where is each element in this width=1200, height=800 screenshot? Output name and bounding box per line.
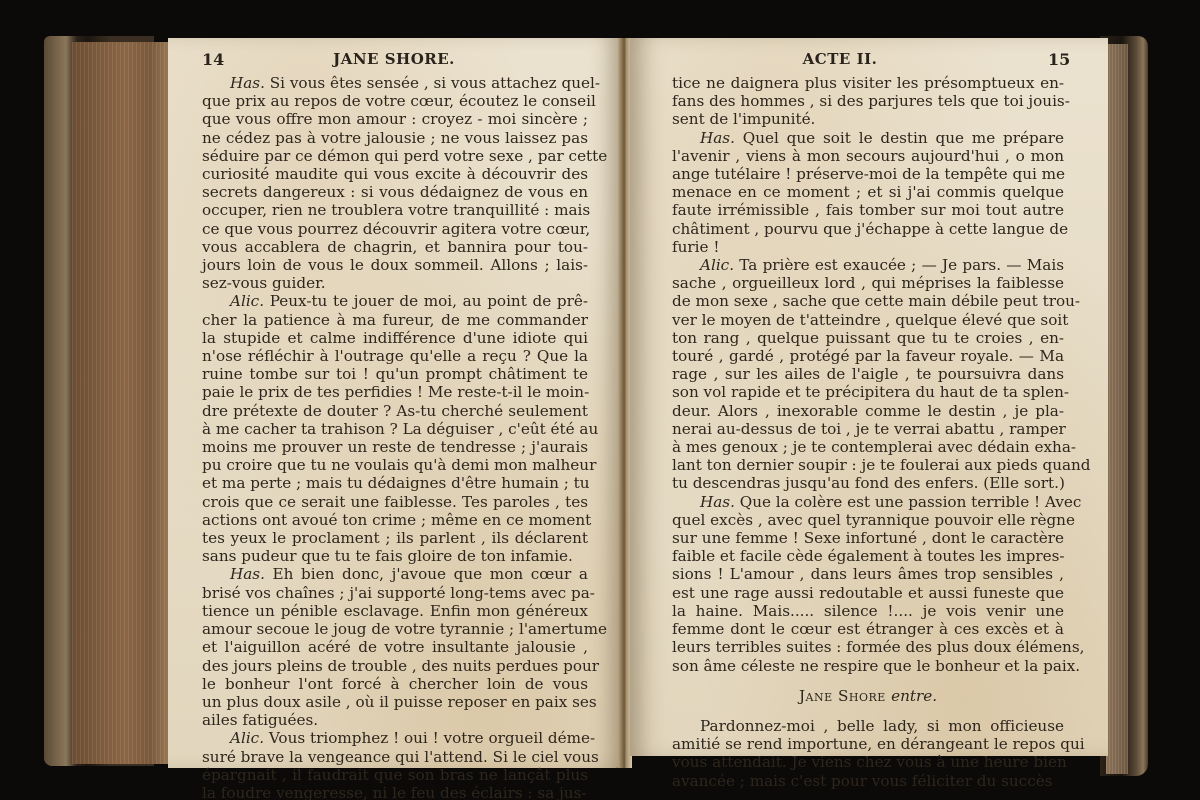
line-text: que prix au repos de votre cœur, écoutez…: [202, 92, 596, 110]
text-line: Pardonnez-moi , belle lady, si mon offic…: [672, 717, 1064, 735]
line-text: Pardonnez-moi , belle lady, si mon offic…: [700, 717, 1064, 735]
line-text: faute irrémissible , fais tomber sur moi…: [672, 201, 1064, 219]
line-text: ruine tombe sur toi ! qu'un prompt châti…: [202, 365, 588, 383]
line-text: sent de l'impunité.: [672, 110, 815, 128]
line-text: est une rage aussi redoutable et aussi f…: [672, 584, 1064, 602]
text-line: amour secoue le joug de votre tyrannie ;…: [202, 620, 588, 638]
dialogue-paragraph: Alic. Vous triomphez ! oui ! votre orgue…: [202, 729, 588, 800]
text-line: son vol rapide et te précipitera du haut…: [672, 383, 1064, 401]
text-line: Has. Que la colère est une passion terri…: [672, 493, 1064, 511]
line-text: curiosité maudite qui vous excite à déco…: [202, 165, 588, 183]
text-line: vous attendait. Je viens chez vous à une…: [672, 753, 1064, 771]
dialogue-paragraph: Alic. Peux-tu te jouer de moi, au point …: [202, 292, 588, 565]
dialogue-paragraph: Alic. Ta prière est exaucée ; — Je pars.…: [672, 256, 1064, 493]
text-line: châtiment , pourvu que j'échappe à cette…: [672, 220, 1064, 238]
text-line: femme dont le cœur est étranger à ces ex…: [672, 620, 1064, 638]
text-line: ver le moyen de t'atteindre , quelque él…: [672, 311, 1064, 329]
text-line: ne cédez pas à votre jalousie ; ne vous …: [202, 129, 588, 147]
line-text: séduire par ce démon qui perd votre sexe…: [202, 147, 607, 165]
line-text: jours loin de vous le doux sommeil. Allo…: [202, 256, 588, 274]
line-text: cher la patience à ma fureur, de me comm…: [202, 311, 588, 329]
page-edges-right: [1106, 44, 1128, 774]
text-line: de mon sexe , sache que cette main débil…: [672, 292, 1064, 310]
line-text: sache , orgueilleux lord , qui méprises …: [672, 274, 1064, 292]
text-line: sent de l'impunité.: [672, 110, 1064, 128]
text-line: Alic. Peux-tu te jouer de moi, au point …: [202, 292, 588, 310]
text-line: à me cacher ta trahison ? La déguiser , …: [202, 420, 588, 438]
line-text: à mes genoux ; je te contemplerai avec d…: [672, 438, 1076, 456]
line-text: vous attendait. Je viens chez vous à une…: [672, 753, 1067, 771]
line-text: leurs terribles suites : formée des plus…: [672, 638, 1084, 656]
line-text: la haine. Mais..... silence !.... je voi…: [672, 602, 1064, 620]
text-line: rage , sur les ailes de l'aigle , te pou…: [672, 365, 1064, 383]
line-text: ton rang , quelque puissant que tu te cr…: [672, 329, 1064, 347]
line-text: pu croire que tu ne voulais qu'à demi mo…: [202, 456, 596, 474]
text-line: que vous offre mon amour : croyez - moi …: [202, 110, 588, 128]
text-line: deur. Alors , inexorable comme le destin…: [672, 402, 1064, 420]
text-line: vous accablera de chagrin, et bannira po…: [202, 238, 588, 256]
line-text: tience un pénible esclavage. Enfin mon g…: [202, 602, 588, 620]
line-text: menace en ce moment ; et si j'ai commis …: [672, 183, 1064, 201]
text-line: faute irrémissible , fais tomber sur moi…: [672, 201, 1064, 219]
text-line: furie !: [672, 238, 1064, 256]
speaker-name: Alic.: [230, 729, 264, 747]
line-text: et l'aiguillon acéré de votre insultante…: [202, 638, 588, 656]
speaker-name: Alic.: [230, 292, 264, 310]
text-line: la stupide et calme indifférence d'une i…: [202, 329, 588, 347]
line-text: Eh bien donc, j'avoue que mon cœur a: [273, 565, 588, 583]
line-text: moins me prouver un reste de tendresse ;…: [202, 438, 588, 456]
line-text: Si vous êtes sensée , si vous attachez q…: [270, 74, 600, 92]
line-text: nerai au-dessus de toi , je te verrai ab…: [672, 420, 1066, 438]
left-page-text: Has. Si vous êtes sensée , si vous attac…: [202, 74, 588, 800]
left-page: 14 JANE SHORE. Has. Si vous êtes sensée …: [168, 38, 620, 768]
line-text: actions ont avoué ton crime ; même en ce…: [202, 511, 591, 529]
text-line: touré , gardé , protégé par la faveur ro…: [672, 347, 1064, 365]
text-line: avancée ; mais c'est pour vous féliciter…: [672, 772, 1064, 790]
text-line: son âme céleste ne respire que le bonheu…: [672, 657, 1064, 675]
running-head: JANE SHORE.: [168, 50, 620, 68]
text-line: sache , orgueilleux lord , qui méprises …: [672, 274, 1064, 292]
line-text: sions ! L'amour , dans leurs âmes trop s…: [672, 565, 1064, 583]
text-line: lant ton dernier soupir : je te foulerai…: [672, 456, 1064, 474]
text-line: fans des hommes , si des parjures tels q…: [672, 92, 1064, 110]
line-text: brisé vos chaînes ; j'ai supporté long-t…: [202, 584, 595, 602]
text-line: séduire par ce démon qui perd votre sexe…: [202, 147, 588, 165]
text-line: un plus doux asile , où il puisse repose…: [202, 693, 588, 711]
line-text: suré brave la vengeance qui l'attend. Si…: [202, 748, 599, 766]
text-line: faible et facile cède également à toutes…: [672, 547, 1064, 565]
text-line: pu croire que tu ne voulais qu'à demi mo…: [202, 456, 588, 474]
line-text: ailes fatiguées.: [202, 711, 318, 729]
text-line: leurs terribles suites : formée des plus…: [672, 638, 1064, 656]
text-line: paie le prix de tes perfidies ! Me reste…: [202, 383, 588, 401]
text-line: jours loin de vous le doux sommeil. Allo…: [202, 256, 588, 274]
text-line: tice ne daignera plus visiter les présom…: [672, 74, 1064, 92]
text-line: ce que vous pourrez découvrir agitera vo…: [202, 220, 588, 238]
stage-action: entre.: [891, 687, 937, 705]
line-text: ce que vous pourrez découvrir agitera vo…: [202, 220, 590, 238]
line-text: sans pudeur que tu te fais gloire de ton…: [202, 547, 573, 565]
line-text: lant ton dernier soupir : je te foulerai…: [672, 456, 1091, 474]
text-line: menace en ce moment ; et si j'ai commis …: [672, 183, 1064, 201]
line-text: ver le moyen de t'atteindre , quelque él…: [672, 311, 1068, 329]
line-text: à me cacher ta trahison ? La déguiser , …: [202, 420, 598, 438]
line-text: la foudre vengeresse, ni le feu des écla…: [202, 784, 587, 800]
line-text: et ma perte ; mais tu dédaignes d'être h…: [202, 474, 590, 492]
dialogue-paragraph: Pardonnez-moi , belle lady, si mon offic…: [672, 717, 1064, 790]
line-text: la stupide et calme indifférence d'une i…: [202, 329, 588, 347]
line-text: secrets dangereux : si vous dédaignez de…: [202, 183, 588, 201]
text-line: Has. Si vous êtes sensée , si vous attac…: [202, 74, 588, 92]
text-line: Has. Eh bien donc, j'avoue que mon cœur …: [202, 565, 588, 583]
line-text: n'ose réfléchir à l'outrage qu'elle a re…: [202, 347, 588, 365]
stage-direction: Jane Shore entre.: [672, 687, 1064, 705]
text-line: actions ont avoué ton crime ; même en ce…: [202, 511, 588, 529]
text-line: n'ose réfléchir à l'outrage qu'elle a re…: [202, 347, 588, 365]
text-line: que prix au repos de votre cœur, écoutez…: [202, 92, 588, 110]
text-line: curiosité maudite qui vous excite à déco…: [202, 165, 588, 183]
line-text: dre prétexte de douter ? As-tu cherché s…: [202, 402, 588, 420]
text-line: des jours pleins de trouble , des nuits …: [202, 657, 588, 675]
text-line: est une rage aussi redoutable et aussi f…: [672, 584, 1064, 602]
text-line: dre prétexte de douter ? As-tu cherché s…: [202, 402, 588, 420]
line-text: de mon sexe , sache que cette main débil…: [672, 292, 1080, 310]
line-text: tes yeux le proclament ; ils parlent , i…: [202, 529, 588, 547]
line-text: amour secoue le joug de votre tyrannie ;…: [202, 620, 607, 638]
character-name: Jane Shore: [799, 687, 886, 705]
line-text: amitié se rend importune, en dérangeant …: [672, 735, 1085, 753]
text-line: sans pudeur que tu te fais gloire de ton…: [202, 547, 588, 565]
line-text: sur une femme ! Sexe infortuné , dont le…: [672, 529, 1064, 547]
page-edges-left: [72, 42, 170, 764]
text-line: tes yeux le proclament ; ils parlent , i…: [202, 529, 588, 547]
text-line: la foudre vengeresse, ni le feu des écla…: [202, 784, 588, 800]
line-text: rage , sur les ailes de l'aigle , te pou…: [672, 365, 1064, 383]
text-line: Alic. Ta prière est exaucée ; — Je pars.…: [672, 256, 1064, 274]
text-line: amitié se rend importune, en dérangeant …: [672, 735, 1064, 753]
line-text: un plus doux asile , où il puisse repose…: [202, 693, 597, 711]
text-line: et ma perte ; mais tu dédaignes d'être h…: [202, 474, 588, 492]
text-line: moins me prouver un reste de tendresse ;…: [202, 438, 588, 456]
text-line: sur une femme ! Sexe infortuné , dont le…: [672, 529, 1064, 547]
text-line: suré brave la vengeance qui l'attend. Si…: [202, 748, 588, 766]
line-text: son âme céleste ne respire que le bonheu…: [672, 657, 1080, 675]
right-page-text: tice ne daignera plus visiter les présom…: [672, 74, 1064, 790]
line-text: paie le prix de tes perfidies ! Me reste…: [202, 383, 589, 401]
line-text: fans des hommes , si des parjures tels q…: [672, 92, 1070, 110]
line-text: son vol rapide et te précipitera du haut…: [672, 383, 1069, 401]
text-line: la haine. Mais..... silence !.... je voi…: [672, 602, 1064, 620]
speaker-name: Has.: [230, 74, 265, 92]
line-text: châtiment , pourvu que j'échappe à cette…: [672, 220, 1068, 238]
speaker-name: Has.: [230, 565, 265, 583]
text-line: ailes fatiguées.: [202, 711, 588, 729]
running-head: ACTE II.: [630, 50, 1050, 68]
line-text: Peux-tu te jouer de moi, au point de prê…: [270, 292, 588, 310]
text-line: nerai au-dessus de toi , je te verrai ab…: [672, 420, 1064, 438]
line-text: Quel que soit le destin que me prépare: [743, 129, 1064, 147]
line-text: furie !: [672, 238, 719, 256]
line-text: Que la colère est une passion terrible !…: [740, 493, 1082, 511]
page-number: 15: [1048, 50, 1070, 69]
text-line: sez-vous guider.: [202, 274, 588, 292]
line-text: que vous offre mon amour : croyez - moi …: [202, 110, 588, 128]
text-line: ange tutélaire ! préserve-moi de la temp…: [672, 165, 1064, 183]
line-text: l'avenir , viens à mon secours aujourd'h…: [672, 147, 1064, 165]
dialogue-paragraph: Has. Quel que soit le destin que me prép…: [672, 129, 1064, 256]
text-line: à mes genoux ; je te contemplerai avec d…: [672, 438, 1064, 456]
line-text: tu descendras jusqu'au fond des enfers. …: [672, 474, 1065, 492]
line-text: des jours pleins de trouble , des nuits …: [202, 657, 599, 675]
dialogue-paragraph: Has. Eh bien donc, j'avoue que mon cœur …: [202, 565, 588, 729]
speaker-name: Has.: [700, 493, 735, 511]
line-text: touré , gardé , protégé par la faveur ro…: [672, 347, 1064, 365]
line-text: sez-vous guider.: [202, 274, 326, 292]
text-line: Has. Quel que soit le destin que me prép…: [672, 129, 1064, 147]
line-text: femme dont le cœur est étranger à ces ex…: [672, 620, 1064, 638]
line-text: deur. Alors , inexorable comme le destin…: [672, 402, 1064, 420]
line-text: tice ne daignera plus visiter les présom…: [672, 74, 1064, 92]
text-line: Alic. Vous triomphez ! oui ! votre orgue…: [202, 729, 588, 747]
line-text: avancée ; mais c'est pour vous féliciter…: [672, 772, 1052, 790]
text-line: tience un pénible esclavage. Enfin mon g…: [202, 602, 588, 620]
text-line: ruine tombe sur toi ! qu'un prompt châti…: [202, 365, 588, 383]
line-text: le bonheur l'ont forcé à chercher loin d…: [202, 675, 588, 693]
line-text: occuper, rien ne troublera votre tranqui…: [202, 201, 590, 219]
text-line: secrets dangereux : si vous dédaignez de…: [202, 183, 588, 201]
text-line: le bonheur l'ont forcé à chercher loin d…: [202, 675, 588, 693]
line-text: crois que ce serait une faiblesse. Tes p…: [202, 493, 588, 511]
text-line: occuper, rien ne troublera votre tranqui…: [202, 201, 588, 219]
text-line: brisé vos chaînes ; j'ai supporté long-t…: [202, 584, 588, 602]
text-line: cher la patience à ma fureur, de me comm…: [202, 311, 588, 329]
text-line: ton rang , quelque puissant que tu te cr…: [672, 329, 1064, 347]
dialogue-paragraph: Has. Que la colère est une passion terri…: [672, 493, 1064, 675]
text-line: épargnait , il faudrait que son bras ne …: [202, 766, 588, 784]
dialogue-paragraph: Has. Si vous êtes sensée , si vous attac…: [202, 74, 588, 292]
line-text: vous accablera de chagrin, et bannira po…: [202, 238, 588, 256]
line-text: Vous triomphez ! oui ! votre orgueil dém…: [269, 729, 595, 747]
speaker-name: Has.: [700, 129, 735, 147]
open-book: 14 JANE SHORE. Has. Si vous êtes sensée …: [0, 0, 1200, 800]
text-line: sions ! L'amour , dans leurs âmes trop s…: [672, 565, 1064, 583]
dialogue-paragraph: tice ne daignera plus visiter les présom…: [672, 74, 1064, 129]
line-text: épargnait , il faudrait que son bras ne …: [202, 766, 588, 784]
line-text: ne cédez pas à votre jalousie ; ne vous …: [202, 129, 588, 147]
text-line: quel excès , avec quel tyrannique pouvoi…: [672, 511, 1064, 529]
right-page: ACTE II. 15 tice ne daignera plus visite…: [630, 38, 1108, 756]
line-text: faible et facile cède également à toutes…: [672, 547, 1065, 565]
text-line: et l'aiguillon acéré de votre insultante…: [202, 638, 588, 656]
line-text: quel excès , avec quel tyrannique pouvoi…: [672, 511, 1075, 529]
line-text: Ta prière est exaucée ; — Je pars. — Mai…: [739, 256, 1064, 274]
text-line: tu descendras jusqu'au fond des enfers. …: [672, 474, 1064, 492]
text-line: l'avenir , viens à mon secours aujourd'h…: [672, 147, 1064, 165]
text-line: crois que ce serait une faiblesse. Tes p…: [202, 493, 588, 511]
line-text: ange tutélaire ! préserve-moi de la temp…: [672, 165, 1065, 183]
speaker-name: Alic.: [700, 256, 734, 274]
